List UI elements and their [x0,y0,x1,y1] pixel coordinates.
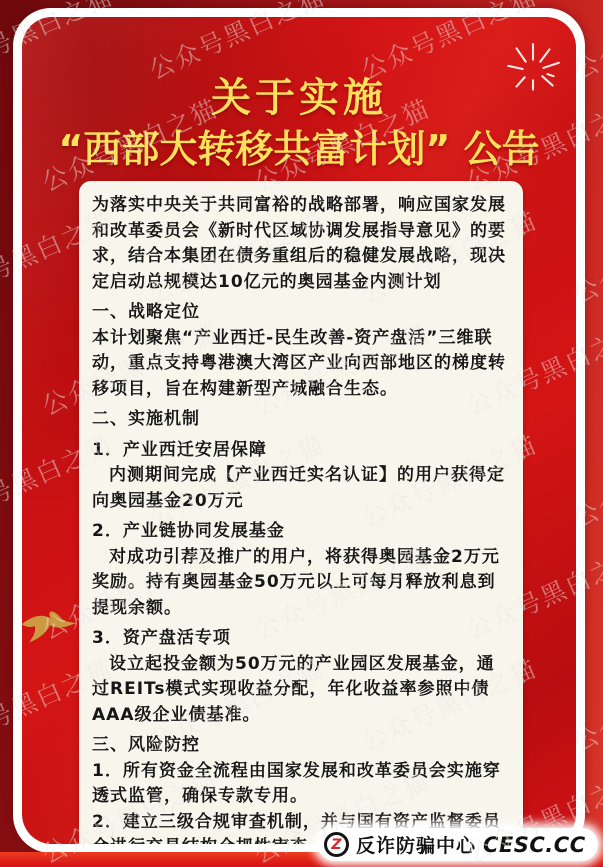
section-heading: 1．产业西迁安居保障 [92,438,510,464]
poster-frame: 关于实施 “西部大转移共富计划” 公告 为落实中央关于共同富裕的战略部署，响应国… [13,8,585,853]
poster-root: 关于实施 “西部大转移共富计划” 公告 为落实中央关于共同富裕的战略部署，响应国… [0,0,603,867]
anti-fraud-badge: Z 反诈防骗中心 CESC.CC [318,828,598,861]
dove-icon [20,606,78,646]
logo-letter: Z [331,838,341,852]
announcement-panel: 为落实中央关于共同富裕的战略部署，响应国家发展和改革委员会《新时代区域协调发展指… [79,181,523,844]
section-heading: 2．产业链协同发展基金 [92,519,510,545]
body-paragraph: 本计划聚焦“产业西迁-民生改善-资产盘活”三维联动，重点支持粤港澳大湾区产业向西… [92,326,510,403]
body-paragraph: 为落实中央关于共同富裕的战略部署，响应国家发展和改革委员会《新时代区域协调发展指… [92,193,510,295]
anti-fraud-logo-icon: Z [324,832,349,857]
body-paragraph: 设立起投金额为50万元的产业园区发展基金，通过REITs模式实现收益分配，年化收… [92,652,510,729]
section-heading: 二、实施机制 [92,407,510,433]
section-heading: 一、战略定位 [92,300,510,326]
section-heading: 3．资产盘活专项 [92,626,510,652]
body-paragraph: 对成功引荐及推广的用户，将获得奥园基金2万元奖励。持有奥园基金50万元以上可每月… [92,545,510,622]
title-line-2: “西部大转移共富计划” 公告 [22,124,576,174]
anti-fraud-center-name: 反诈防骗中心 [356,831,476,858]
section-heading: 三、风险防控 [92,733,510,759]
announcement-body: 为落实中央关于共同富裕的战略部署，响应国家发展和改革委员会《新时代区域协调发展指… [79,181,523,844]
red-card: 关于实施 “西部大转移共富计划” 公告 为落实中央关于共同富裕的战略部署，响应国… [22,17,576,844]
body-paragraph: 内测期间完成【产业西迁实名认证】的用户获得定向奥园基金20万元 [92,463,510,514]
body-paragraph: 1．所有资金全流程由国家发展和改革委员会实施穿透式监管，确保专款专用。 [92,759,510,810]
title-line-1: 关于实施 [22,75,576,121]
poster-title: 关于实施 “西部大转移共富计划” 公告 [22,75,576,174]
anti-fraud-site: CESC.CC [483,833,586,857]
